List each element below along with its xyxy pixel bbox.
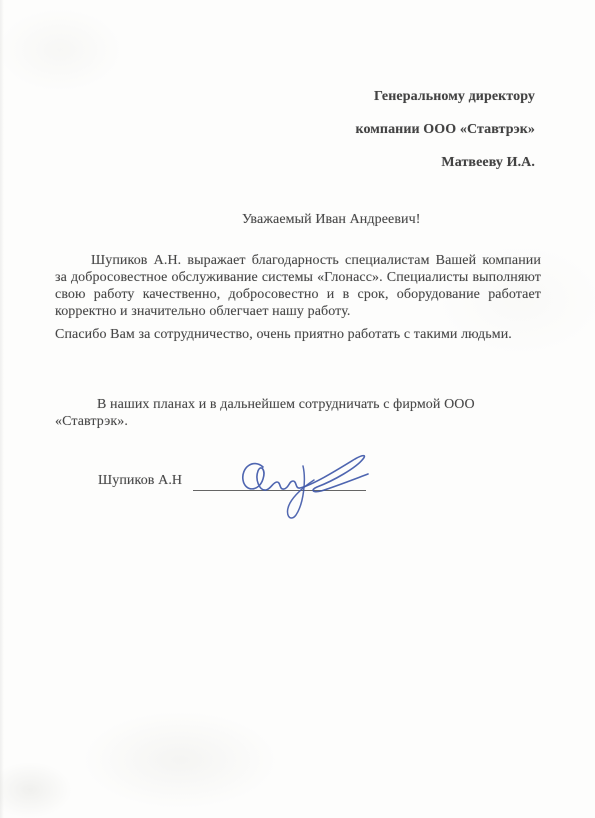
scanned-letter-page: Генеральному директору компании ООО «Ста… (0, 0, 595, 818)
paragraph-gratitude: Шупиков А.Н. выражает благодарность спец… (55, 252, 541, 320)
recipient-line-position: Генеральному директору (355, 89, 535, 106)
recipient-block: Генеральному директору компании ООО «Ста… (355, 72, 535, 188)
signature-stroke-descender (288, 466, 314, 518)
signatory-name: Шупиков А.Н (98, 472, 182, 489)
paragraph-thanks: Спасибо Вам за сотрудничество, очень при… (55, 326, 541, 343)
recipient-line-person: Матвееву И.А. (355, 155, 535, 172)
salutation: Уважаемый Иван Андреевич! (242, 211, 421, 228)
handwritten-signature-icon (233, 449, 373, 524)
recipient-line-company: компании ООО «Ставтрэк» (355, 122, 535, 139)
paragraph-future-plans: В наших планах и в дальнейшем сотруднича… (55, 396, 541, 430)
